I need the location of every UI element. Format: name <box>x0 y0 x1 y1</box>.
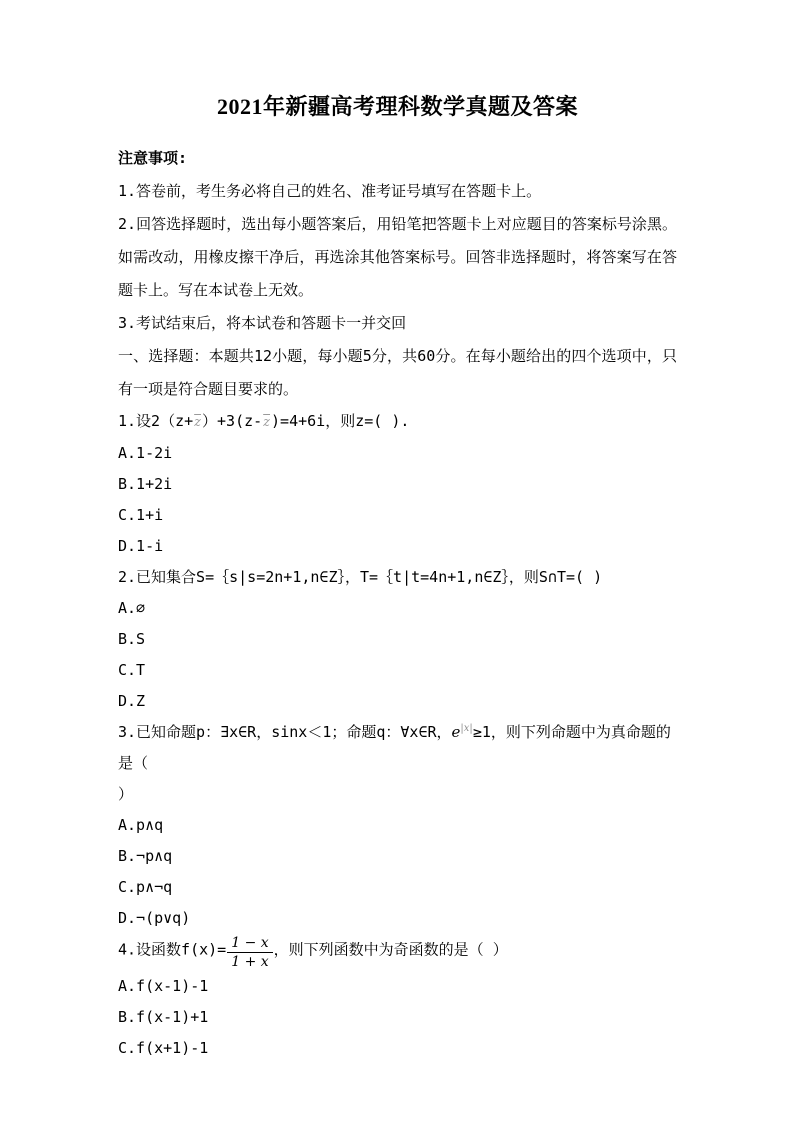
exam-paper-page: 2021年新疆高考理科数学真题及答案 注意事项: 1.答卷前，考生务必将自己的姓… <box>0 0 794 1123</box>
question-4-stem: 4.设函数f(x)=1 − x1 + x，则下列函数中为奇函数的是（ ） <box>118 934 677 971</box>
question-1-option-a: A.1-2i <box>118 438 677 469</box>
question-4-option-b: B.f(x-1)+1 <box>118 1002 677 1033</box>
abs-x-exponent: |x| <box>460 723 472 734</box>
question-1-text-pre: 1.设2（z+ <box>118 412 193 430</box>
z-conjugate-symbol: z <box>262 415 271 430</box>
question-1-text-mid: ）+3(z- <box>202 412 262 430</box>
question-2-option-c: C.T <box>118 655 677 686</box>
question-3-option-c: C.p∧¬q <box>118 872 677 903</box>
question-1-option-c: C.1+i <box>118 500 677 531</box>
notice-heading: 注意事项: <box>118 142 677 175</box>
fraction-numerator: 1 − x <box>227 934 272 953</box>
question-3-option-a: A.p∧q <box>118 810 677 841</box>
question-2-stem: 2.已知集合S=｛s|s=2n+1,n∈Z｝，T=｛t|t=4n+1,n∈Z｝，… <box>118 562 677 593</box>
question-1-stem: 1.设2（z+z）+3(z-z)=4+6i，则z=( ). <box>118 406 677 438</box>
question-4-text-pre: 4.设函数f(x)= <box>118 940 226 958</box>
question-3-stem: 3.已知命题p：∃x∈R，sinx＜1；命题q：∀x∈R，e|x|≥1，则下列命… <box>118 717 677 810</box>
question-2-option-a: A.∅ <box>118 593 677 624</box>
notice-item-2: 2.回答选择题时，选出每小题答案后，用铅笔把答题卡上对应题目的答案标号涂黑。如需… <box>118 208 677 307</box>
page-title: 2021年新疆高考理科数学真题及答案 <box>118 92 677 122</box>
question-2-option-b: B.S <box>118 624 677 655</box>
section-1-intro: 一、选择题：本题共12小题，每小题5分，共60分。在每小题给出的四个选项中，只有… <box>118 340 677 406</box>
question-2-option-d: D.Z <box>118 686 677 717</box>
question-3-close-paren: ） <box>118 785 133 803</box>
notice-item-3: 3.考试结束后，将本试卷和答题卡一并交回 <box>118 307 677 340</box>
question-4-option-a: A.f(x-1)-1 <box>118 971 677 1002</box>
question-1-text-post: )=4+6i，则z=( ). <box>271 412 409 430</box>
question-3-text-pre: 3.已知命题p：∃x∈R，sinx＜1；命题q：∀x∈R， <box>118 723 452 741</box>
question-3-option-d: D.¬(p∨q) <box>118 903 677 934</box>
fraction-denominator: 1 + x <box>227 953 272 971</box>
fraction-1-minus-x-over-1-plus-x: 1 − x1 + x <box>227 934 272 971</box>
question-1-option-b: B.1+2i <box>118 469 677 500</box>
notice-item-1: 1.答卷前，考生务必将自己的姓名、准考证号填写在答题卡上。 <box>118 175 677 208</box>
question-3-option-b: B.¬p∧q <box>118 841 677 872</box>
question-1-option-d: D.1-i <box>118 531 677 562</box>
question-4-option-c: C.f(x+1)-1 <box>118 1033 677 1064</box>
question-4-text-post: ，则下列函数中为奇函数的是（ ） <box>274 940 508 958</box>
z-conjugate-symbol: z <box>193 415 202 430</box>
